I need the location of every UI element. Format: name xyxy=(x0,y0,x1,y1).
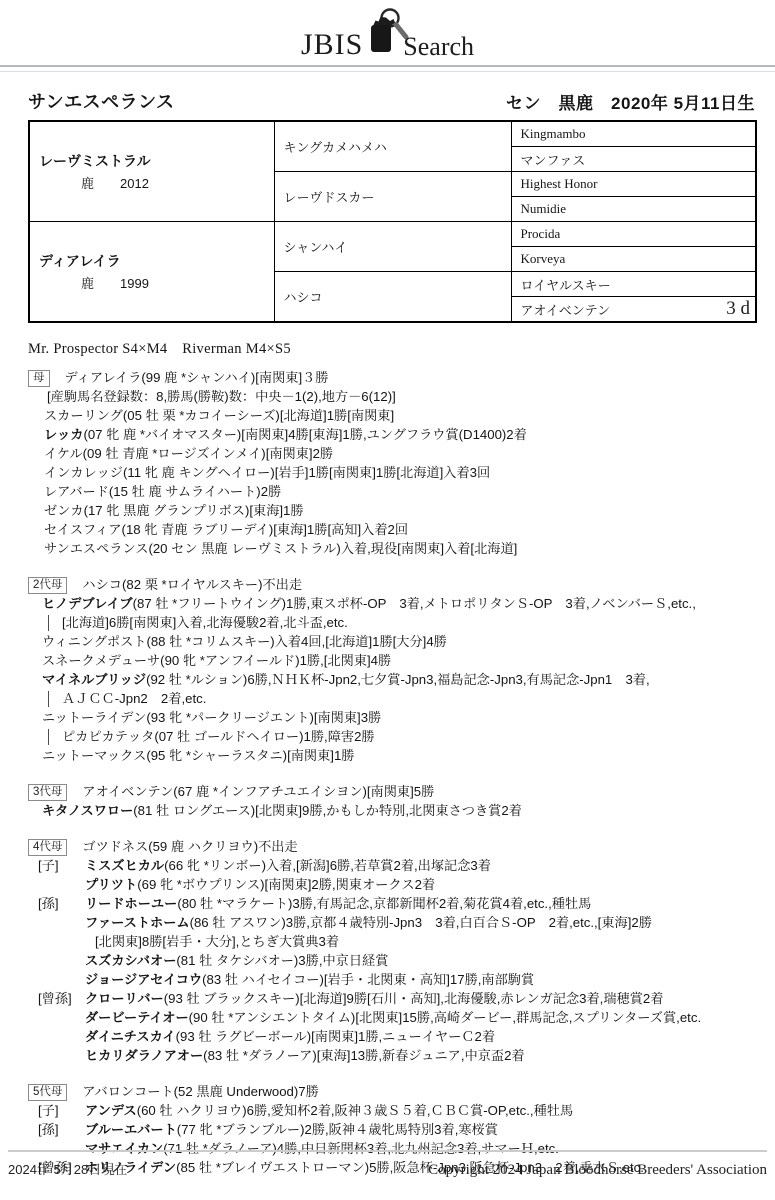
horse-line-name: ダービーテイオー xyxy=(85,1010,189,1025)
horse-line-name: ブルーエバート xyxy=(85,1122,177,1137)
horse-line-record: (83 牡 *ダラノーア)[東海]13勝,新春ジュニア,中京盃2着 xyxy=(203,1048,524,1063)
great-grandparent-cell: マンファス xyxy=(511,147,756,172)
horse-line-name: キタノスワロー xyxy=(42,803,133,818)
generation-section: 2代母ハシコ(82 栗 *ロイヤルスキー)不出走ヒノデブレイブ(87 牡 *フリ… xyxy=(28,575,763,765)
pedigree-line: [北関東]8勝[岩手・大分],とちぎ大賞典3着 xyxy=(28,932,763,951)
horse-sex-coat-birthdate: セン 黒鹿 2020年 5月11日生 xyxy=(506,89,755,114)
horse-line-name: ファーストホーム xyxy=(85,915,190,930)
horse-line-name: アンデス xyxy=(85,1103,137,1118)
horse-line-record: (93 牡 ラグビーボール)[南関東]1勝,ニューイヤーＣ2着 xyxy=(176,1029,495,1044)
pedigree-line: ゼンカ(17 牝 黒鹿 グランプリボス)[東海]1勝 xyxy=(28,501,763,520)
horse-line-name: マイネルブリッジ xyxy=(42,672,146,687)
logo-text-search: Search xyxy=(403,34,474,60)
horse-line-record: (81 牡 ロングエース)[北関東]9勝,かもしか特別,北関東さつき賞2着 xyxy=(133,803,522,818)
horse-line-name: ニットーマックス xyxy=(42,748,146,763)
section-head: 5代母アバロンコート(52 黒鹿 Underwood)7勝 xyxy=(28,1082,763,1101)
section-head-text: アオイベンテン(67 鹿 *インフアチユエイシヨン)[南関東]5勝 xyxy=(82,784,434,799)
pedigree-line: ダービーテイオー(90 牡 *アンシエントタイム)[北関東]15勝,高崎ダービー… xyxy=(28,1008,763,1027)
family-number: 3 d xyxy=(726,298,750,320)
horse-line-record: (93 牡 ブラックスキー)[北海道]9勝[石川・高知],北海優駿,赤レンガ記念… xyxy=(164,991,664,1006)
horse-line-name: イケル xyxy=(44,446,83,461)
pedigree-line: スズカシバオー(81 牡 タケシバオー)3勝,中京日経賞 xyxy=(28,951,763,970)
horse-line-record: (95 牝 *シャーラスタニ)[南関東]1勝 xyxy=(146,748,354,763)
horse-line-record: (17 牝 黒鹿 グランプリボス)[東海]1勝 xyxy=(84,503,304,518)
section-head: 2代母ハシコ(82 栗 *ロイヤルスキー)不出走 xyxy=(28,575,763,594)
pedigree-line: レッカ(07 牝 鹿 *バイオマスター)[南関東]4勝[東海]1勝,ユングフラウ… xyxy=(28,425,763,444)
section-head-text: ディアレイラ(99 鹿 *シャンハイ)[南関東]３勝 xyxy=(65,370,329,385)
pedigree-line: レアバード(15 牡 鹿 サムライハート)2勝 xyxy=(28,482,763,501)
horse-line-name: スネークメデューサ xyxy=(42,653,160,668)
pedigree-line: キタノスワロー(81 牡 ロングエース)[北関東]9勝,かもしか特別,北関東さつ… xyxy=(28,801,763,820)
section-head-text: ゴツドネス(59 鹿 ハクリヨウ)不出走 xyxy=(82,839,297,854)
generation-section: 4代母ゴツドネス(59 鹿 ハクリヨウ)不出走[子]ミスズヒカル(66 牝 *リ… xyxy=(28,837,763,1065)
horse-line-record: (05 牡 栗 *カコイーシーズ)[北海道]1勝[南関東] xyxy=(123,408,394,423)
horse-line-record: (90 牡 *アンシエントタイム)[北関東]15勝,高崎ダービー,群馬記念,スプ… xyxy=(189,1010,701,1025)
horse-line-name: サンエスペランス xyxy=(44,541,148,556)
page-footer: 2024年 5月28日現在 Copyright 2024 Japan Blood… xyxy=(8,1150,767,1179)
horse-line-record: (09 牡 青鹿 *ロージズインメイ)[南関東]2勝 xyxy=(83,446,333,461)
horse-line-record: (15 牡 鹿 サムライハート)2勝 xyxy=(109,484,281,499)
dam-dam-cell: ハシコ xyxy=(274,272,511,323)
page-header: JBIS Search xyxy=(0,0,775,72)
relation-label: [子] xyxy=(38,856,85,875)
pedigree-page: JBIS Search サンエスペランス セン 黒鹿 2020年 5月11日生 … xyxy=(0,0,775,1200)
horse-line-name: ヒノデブレイブ xyxy=(42,596,133,611)
pedigree-line: ジョージアセイコウ(83 牡 ハイセイコー)[岩手・北関東・高知]17勝,南部駒… xyxy=(28,970,763,989)
horse-line-record: (83 牡 ハイセイコー)[岩手・北関東・高知]17勝,南部駒賞 xyxy=(202,972,534,987)
section-head-text: ハシコ(82 栗 *ロイヤルスキー)不出走 xyxy=(82,577,302,592)
horse-line-name: レッカ xyxy=(44,427,83,442)
horse-line-record: [北関東]8勝[岩手・大分],とちぎ大賞典3着 xyxy=(95,934,339,949)
pedigree-line: ニットーマックス(95 牝 *シャーラスタニ)[南関東]1勝 xyxy=(28,746,763,765)
great-grandparent-name: アオイベンテン xyxy=(521,300,611,319)
title-row: サンエスペランス セン 黒鹿 2020年 5月11日生 xyxy=(28,88,755,114)
horse-line-record: (80 牡 *マラケート)3勝,有馬記念,京都新聞杯2着,菊花賞4着,etc.,… xyxy=(177,896,591,911)
generation-label: 5代母 xyxy=(28,1084,67,1101)
pedigree-table: レーヴミストラル 鹿 2012 キングカメハメハ Kingmambo マンファス… xyxy=(28,120,757,323)
sire-name: レーヴミストラル xyxy=(39,151,274,171)
great-grandparent-family-cell: アオイベンテン 3 d xyxy=(511,297,756,323)
generation-label: 2代母 xyxy=(28,577,67,594)
great-grandparent-cell: Numidie xyxy=(511,197,756,222)
section-head: 母ディアレイラ(99 鹿 *シャンハイ)[南関東]３勝 xyxy=(28,368,763,387)
pedigree-line: ニットーライデン(93 牝 *パークリージエント)[南関東]3勝 xyxy=(28,708,763,727)
generation-label: 母 xyxy=(28,370,50,387)
header-divider xyxy=(0,65,775,72)
sire-sire-cell: キングカメハメハ xyxy=(274,121,511,172)
pedigree-line: スネークメデューサ(90 牝 *アンフイールド)1勝,[北関東]4勝 xyxy=(28,651,763,670)
horse-line-name: インカレッジ xyxy=(44,465,123,480)
horse-line-record: (07 牡 ゴールドヘイロー)1勝,障害2勝 xyxy=(154,729,374,744)
relation-label: [曾孫] xyxy=(38,989,85,1008)
pedigree-line: スカーリング(05 牡 栗 *カコイーシーズ)[北海道]1勝[南関東] xyxy=(28,406,763,425)
pedigree-line: イケル(09 牡 青鹿 *ロージズインメイ)[南関東]2勝 xyxy=(28,444,763,463)
sire-dam-cell: レーヴドスカー xyxy=(274,172,511,222)
horse-line-name: リードホーユー xyxy=(85,896,177,911)
generation-section: 母ディアレイラ(99 鹿 *シャンハイ)[南関東]３勝[産駒馬名登録数：8,勝馬… xyxy=(28,368,763,558)
horse-line-record: (90 牝 *アンフイールド)1勝,[北関東]4勝 xyxy=(160,653,391,668)
pedigree-line: プリツト(69 牝 *ボウプリンス)[南関東]2勝,関東オークス2着 xyxy=(28,875,763,894)
horse-line-name: ピカピカテッタ xyxy=(62,729,154,744)
pedigree-line: [子]アンデス(60 牡 ハクリヨウ)6勝,愛知杯2着,阪神３歳Ｓ５着,ＣＢＣ賞… xyxy=(28,1101,763,1120)
relation-label: [子] xyxy=(38,1101,85,1120)
horse-line-name: レアバード xyxy=(44,484,109,499)
pedigree-line: ウィニングポスト(88 牡 *コリムスキー)入着4回,[北海道]1勝[大分]4勝 xyxy=(28,632,763,651)
pedigree-line: ファーストホーム(86 牡 アスワン)3勝,京都４歳特別-Jpn3 3着,白百合… xyxy=(28,913,763,932)
great-grandparent-cell: Highest Honor xyxy=(511,172,756,197)
as-of-date: 2024年 5月28日現在 xyxy=(8,1159,127,1178)
pedigree-line: [子]ミスズヒカル(66 牝 *リンボー)入着,[新潟]6勝,若草賞2着,出塚記… xyxy=(28,856,763,875)
horse-line-record: (69 牝 *ボウプリンス)[南関東]2勝,関東オークス2着 xyxy=(137,877,435,892)
pedigree-line: ヒカリダラノアオー(83 牡 *ダラノーア)[東海]13勝,新春ジュニア,中京盃… xyxy=(28,1046,763,1065)
inbreeding-note: Mr. Prospector S4×M4 Riverman M4×S5 xyxy=(28,337,775,358)
horse-line-record: ＡＪＣＣ-Jpn2 2着,etc. xyxy=(62,691,206,706)
pedigree-line: [産駒馬名登録数：8,勝馬(勝鞍)数：中央－1(2),地方－6(12)] xyxy=(28,387,763,406)
horse-line-record: (87 牡 *フリートウイング)1勝,東スポ杯-OP 3着,メトロポリタンＳ-O… xyxy=(133,596,696,611)
horse-line-name: セイスフィア xyxy=(44,522,122,537)
pedigree-line: セイスフィア(18 牝 青鹿 ラブリーデイ)[東海]1勝[高知]入着2回 xyxy=(28,520,763,539)
horse-line-record: [北海道]6勝[南関東]入着,北海優駿2着,北斗盃,etc. xyxy=(62,615,348,630)
great-grandparent-cell: ロイヤルスキー xyxy=(511,272,756,297)
horse-line-name: ジョージアセイコウ xyxy=(85,972,202,987)
horse-line-record: (77 牝 *ブランブルー)2勝,阪神４歳牝馬特別3着,寒桜賞 xyxy=(177,1122,498,1137)
horse-line-record: (92 牡 *ルション)6勝,ＮＨＫ杯-Jpn2,七夕賞-Jpn3,福島記念-J… xyxy=(146,672,650,687)
horse-line-record: (88 牡 *コリムスキー)入着4回,[北海道]1勝[大分]4勝 xyxy=(146,634,446,649)
logo-text-jbis: JBIS xyxy=(301,30,363,60)
horse-line-name: ウィニングポスト xyxy=(42,634,146,649)
pedigree-line: [曾孫]クローリバー(93 牡 ブラックスキー)[北海道]9勝[石川・高知],北… xyxy=(28,989,763,1008)
generation-section: 3代母アオイベンテン(67 鹿 *インフアチユエイシヨン)[南関東]5勝キタノス… xyxy=(28,782,763,820)
horse-line-name: ダイニチスカイ xyxy=(85,1029,176,1044)
horse-line-record: (07 牝 鹿 *バイオマスター)[南関東]4勝[東海]1勝,ユングフラウ賞(D… xyxy=(83,427,526,442)
generation-label: 4代母 xyxy=(28,839,67,856)
dam-cell: ディアレイラ 鹿 1999 xyxy=(29,222,274,323)
pedigree-line: │ピカピカテッタ(07 牡 ゴールドヘイロー)1勝,障害2勝 xyxy=(28,727,763,746)
horse-line-name: スカーリング xyxy=(44,408,123,423)
horse-line-record: (20 セン 黒鹿 レーヴミストラル)入着,現役[南関東]入着[北海道] xyxy=(148,541,517,556)
jbis-search-logo[interactable]: JBIS Search xyxy=(301,6,474,60)
horse-line-record: (60 牡 ハクリヨウ)6勝,愛知杯2着,阪神３歳Ｓ５着,ＣＢＣ賞-OP,etc… xyxy=(137,1103,573,1118)
pedigree-line: │ＡＪＣＣ-Jpn2 2着,etc. xyxy=(28,689,763,708)
horse-line-name: ニットーライデン xyxy=(42,710,146,725)
generation-label: 3代母 xyxy=(28,784,67,801)
tree-bar: │ xyxy=(45,613,62,632)
sire-coat-year: 鹿 2012 xyxy=(39,173,274,192)
pedigree-line: ヒノデブレイブ(87 牡 *フリートウイング)1勝,東スポ杯-OP 3着,メトロ… xyxy=(28,594,763,613)
horse-line-name: ゼンカ xyxy=(44,503,84,518)
horse-line-name: ヒカリダラノアオー xyxy=(85,1048,203,1063)
relation-label: [孫] xyxy=(38,894,85,913)
dam-coat-year: 鹿 1999 xyxy=(39,273,274,292)
horse-line-record: [産駒馬名登録数：8,勝馬(勝鞍)数：中央－1(2),地方－6(12)] xyxy=(47,389,396,404)
female-family-sections: 母ディアレイラ(99 鹿 *シャンハイ)[南関東]３勝[産駒馬名登録数：8,勝馬… xyxy=(28,368,763,1177)
dam-sire-cell: シャンハイ xyxy=(274,222,511,272)
great-grandparent-cell: Procida xyxy=(511,222,756,247)
horse-line-record: (11 牝 鹿 キングヘイロー)[岩手]1勝[南関東]1勝[北海道]入着3回 xyxy=(123,465,490,480)
great-grandparent-cell: Korveya xyxy=(511,247,756,272)
section-head: 3代母アオイベンテン(67 鹿 *インフアチユエイシヨン)[南関東]5勝 xyxy=(28,782,763,801)
pedigree-line: サンエスペランス(20 セン 黒鹿 レーヴミストラル)入着,現役[南関東]入着[… xyxy=(28,539,763,558)
sire-cell: レーヴミストラル 鹿 2012 xyxy=(29,121,274,222)
tree-bar: │ xyxy=(45,689,62,708)
horse-line-name: ミスズヒカル xyxy=(85,858,164,873)
tree-bar: │ xyxy=(45,727,62,746)
pedigree-line: インカレッジ(11 牝 鹿 キングヘイロー)[岩手]1勝[南関東]1勝[北海道]… xyxy=(28,463,763,482)
horse-line-name: スズカシバオー xyxy=(85,953,176,968)
pedigree-line: [孫]ブルーエバート(77 牝 *ブランブルー)2勝,阪神４歳牝馬特別3着,寒桜… xyxy=(28,1120,763,1139)
dam-name: ディアレイラ xyxy=(39,251,274,271)
horse-line-name: クローリバー xyxy=(85,991,164,1006)
pedigree-line: マイネルブリッジ(92 牡 *ルション)6勝,ＮＨＫ杯-Jpn2,七夕賞-Jpn… xyxy=(28,670,763,689)
horse-line-record: (18 牝 青鹿 ラブリーデイ)[東海]1勝[高知]入着2回 xyxy=(122,522,409,537)
copyright-text: Copyright 2024 Japan Bloodhorse Breeders… xyxy=(428,1162,767,1179)
horse-line-record: (81 牡 タケシバオー)3勝,中京日経賞 xyxy=(176,953,388,968)
pedigree-line: [孫]リードホーユー(80 牡 *マラケート)3勝,有馬記念,京都新聞杯2着,菊… xyxy=(28,894,763,913)
section-head: 4代母ゴツドネス(59 鹿 ハクリヨウ)不出走 xyxy=(28,837,763,856)
horse-name: サンエスペランス xyxy=(28,88,175,114)
great-grandparent-cell: Kingmambo xyxy=(511,121,756,147)
horse-line-record: (66 牝 *リンボー)入着,[新潟]6勝,若草賞2着,出塚記念3着 xyxy=(164,858,491,873)
relation-label: [孫] xyxy=(38,1120,85,1139)
horse-line-name: プリツト xyxy=(85,877,137,892)
pedigree-line: ダイニチスカイ(93 牡 ラグビーボール)[南関東]1勝,ニューイヤーＣ2着 xyxy=(28,1027,763,1046)
horse-line-record: (86 牡 アスワン)3勝,京都４歳特別-Jpn3 3着,白百合Ｓ-OP 2着,… xyxy=(190,915,652,930)
horse-line-record: (93 牝 *パークリージエント)[南関東]3勝 xyxy=(146,710,381,725)
pedigree-line: │[北海道]6勝[南関東]入着,北海優駿2着,北斗盃,etc. xyxy=(28,613,763,632)
section-head-text: アバロンコート(52 黒鹿 Underwood)7勝 xyxy=(82,1084,318,1099)
